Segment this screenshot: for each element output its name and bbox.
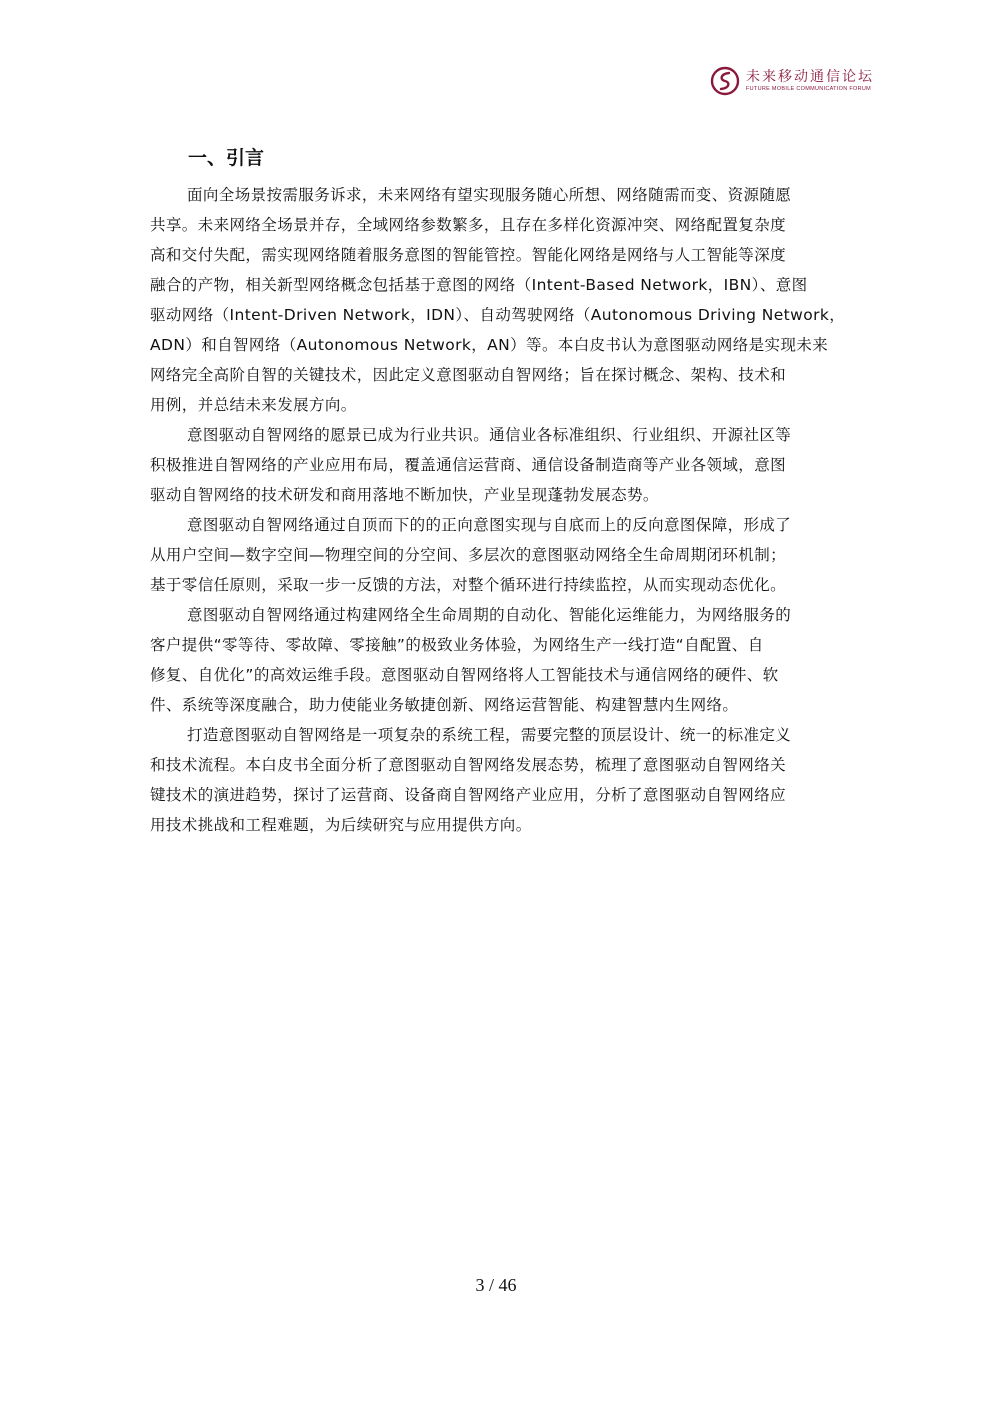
body-text: 面向全场景按需服务诉求，未来网络有望实现服务随心所想、网络随需而变、资源随愿 共…	[150, 180, 850, 840]
text-line: 从用户空间—数字空间—物理空间的分空间、多层次的意图驱动网络全生命周期闭环机制；	[150, 540, 850, 570]
page-number: 3 / 46	[0, 1275, 992, 1296]
paragraph-2: 意图驱动自智网络的愿景已成为行业共识。通信业各标准组织、行业组织、开源社区等 积…	[150, 420, 850, 510]
paragraph-5: 打造意图驱动自智网络是一项复杂的系统工程，需要完整的顶层设计、统一的标准定义 和…	[150, 720, 850, 840]
text-line: 网络完全高阶自智的关键技术，因此定义意图驱动自智网络；旨在探讨概念、架构、技术和	[150, 360, 850, 390]
paragraph-3: 意图驱动自智网络通过自顶而下的的正向意图实现与自底而上的反向意图保障，形成了 从…	[150, 510, 850, 600]
text-line: 和技术流程。本白皮书全面分析了意图驱动自智网络发展态势，梳理了意图驱动自智网络关	[150, 750, 850, 780]
logo-chinese-name: 未来移动通信论坛	[746, 69, 874, 85]
text-line: 共享。未来网络全场景并存，全域网络参数繁多，且存在多样化资源冲突、网络配置复杂度	[150, 210, 850, 240]
text-line: 融合的产物，相关新型网络概念包括基于意图的网络（Intent-Based Net…	[150, 270, 850, 300]
paragraph-4: 意图驱动自智网络通过构建网络全生命周期的自动化、智能化运维能力，为网络服务的 客…	[150, 600, 850, 720]
text-line: 用例，并总结未来发展方向。	[150, 390, 850, 420]
text-line: 意图驱动自智网络通过构建网络全生命周期的自动化、智能化运维能力，为网络服务的	[150, 600, 850, 630]
text-line: 面向全场景按需服务诉求，未来网络有望实现服务随心所想、网络随需而变、资源随愿	[150, 180, 850, 210]
logo-text: 未来移动通信论坛 FUTURE MOBILE COMMUNICATION FOR…	[746, 69, 874, 93]
text-line: 用技术挑战和工程难题，为后续研究与应用提供方向。	[150, 810, 850, 840]
text-line: 积极推进自智网络的产业应用布局，覆盖通信运营商、通信设备制造商等产业各领域，意图	[150, 450, 850, 480]
text-line: 高和交付失配，需实现网络随着服务意图的智能管控。智能化网络是网络与人工智能等深度	[150, 240, 850, 270]
text-line: 驱动自智网络的技术研发和商用落地不断加快，产业呈现蓬勃发展态势。	[150, 480, 850, 510]
logo-english-name: FUTURE MOBILE COMMUNICATION FORUM	[746, 85, 874, 93]
text-line: 驱动网络（Intent-Driven Network，IDN）、自动驾驶网络（A…	[150, 300, 850, 330]
forum-logo-icon	[710, 66, 740, 96]
text-line: 键技术的演进趋势，探讨了运营商、设备商自智网络产业应用，分析了意图驱动自智网络应	[150, 780, 850, 810]
text-line: 打造意图驱动自智网络是一项复杂的系统工程，需要完整的顶层设计、统一的标准定义	[150, 720, 850, 750]
section-title: 一、引言	[188, 146, 264, 170]
text-line: 意图驱动自智网络的愿景已成为行业共识。通信业各标准组织、行业组织、开源社区等	[150, 420, 850, 450]
text-line: ADN）和自智网络（Autonomous Network，AN）等。本白皮书认为…	[150, 330, 850, 360]
text-line: 客户提供“零等待、零故障、零接触”的极致业务体验，为网络生产一线打造“自配置、自	[150, 630, 850, 660]
paragraph-1: 面向全场景按需服务诉求，未来网络有望实现服务随心所想、网络随需而变、资源随愿 共…	[150, 180, 850, 420]
header-logo: 未来移动通信论坛 FUTURE MOBILE COMMUNICATION FOR…	[710, 66, 874, 96]
text-line: 意图驱动自智网络通过自顶而下的的正向意图实现与自底而上的反向意图保障，形成了	[150, 510, 850, 540]
text-line: 基于零信任原则，采取一步一反馈的方法，对整个循环进行持续监控，从而实现动态优化。	[150, 570, 850, 600]
text-line: 修复、自优化”的高效运维手段。意图驱动自智网络将人工智能技术与通信网络的硬件、软	[150, 660, 850, 690]
text-line: 件、系统等深度融合，助力使能业务敏捷创新、网络运营智能、构建智慧内生网络。	[150, 690, 850, 720]
